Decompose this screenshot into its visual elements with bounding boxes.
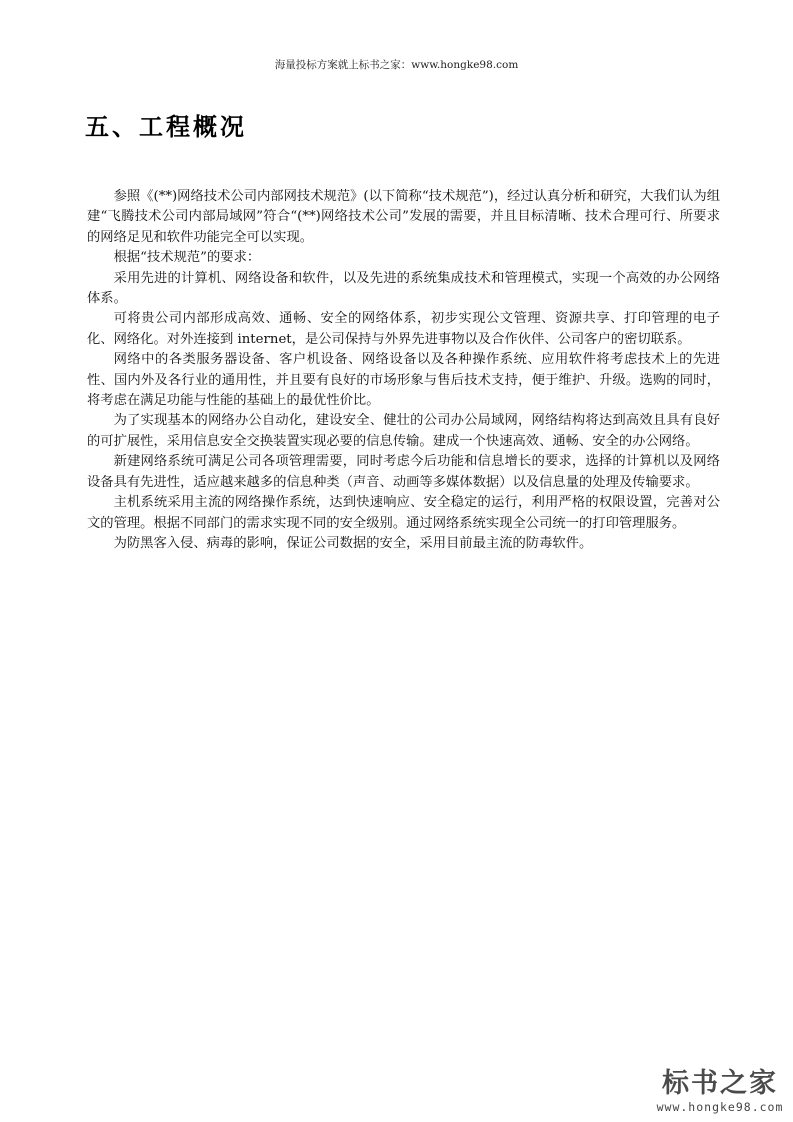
paragraph: 可将贵公司内部形成高效、通畅、安全的网络体系，初步实现公文管理、资源共享、打印管… <box>87 309 720 350</box>
section-title: 五、工程概况 <box>85 107 247 142</box>
paragraph: 主机系统采用主流的网络操作系统，达到快速响应、安全稳定的运行，利用严格的权限设置… <box>87 493 720 534</box>
paragraph: 参照《(**)网络技术公司内部网技术规范》(以下简称“技术规范”)，经过认真分析… <box>87 187 720 248</box>
paragraph: 采用先进的计算机、网络设备和软件，以及先进的系统集成技术和管理模式，实现一个高效… <box>87 269 720 310</box>
footer-logo: 标书之家 www.hongke98.com <box>655 1068 785 1114</box>
paragraph: 根据“技术规范”的要求： <box>87 248 720 268</box>
logo-name: 标书之家 <box>655 1068 785 1100</box>
paragraph: 为了实现基本的网络办公自动化，建设安全、健壮的公司办公局域网，网络结构将达到高效… <box>87 411 720 452</box>
paragraph: 为防黑客入侵、病毒的影响，保证公司数据的安全，采用目前最主流的防毒软件。 <box>87 534 720 554</box>
logo-url: www.hongke98.com <box>655 1100 785 1114</box>
page-header: 海量投标方案就上标书之家：www.hongke98.com <box>0 57 793 72</box>
paragraph: 网络中的各类服务器设备、客户机设备、网络设备以及各种操作系统、应用软件将考虑技术… <box>87 350 720 411</box>
document-body: 参照《(**)网络技术公司内部网技术规范》(以下简称“技术规范”)，经过认真分析… <box>87 187 720 554</box>
paragraph: 新建网络系统可满足公司各项管理需要，同时考虑今后功能和信息增长的要求，选择的计算… <box>87 452 720 493</box>
